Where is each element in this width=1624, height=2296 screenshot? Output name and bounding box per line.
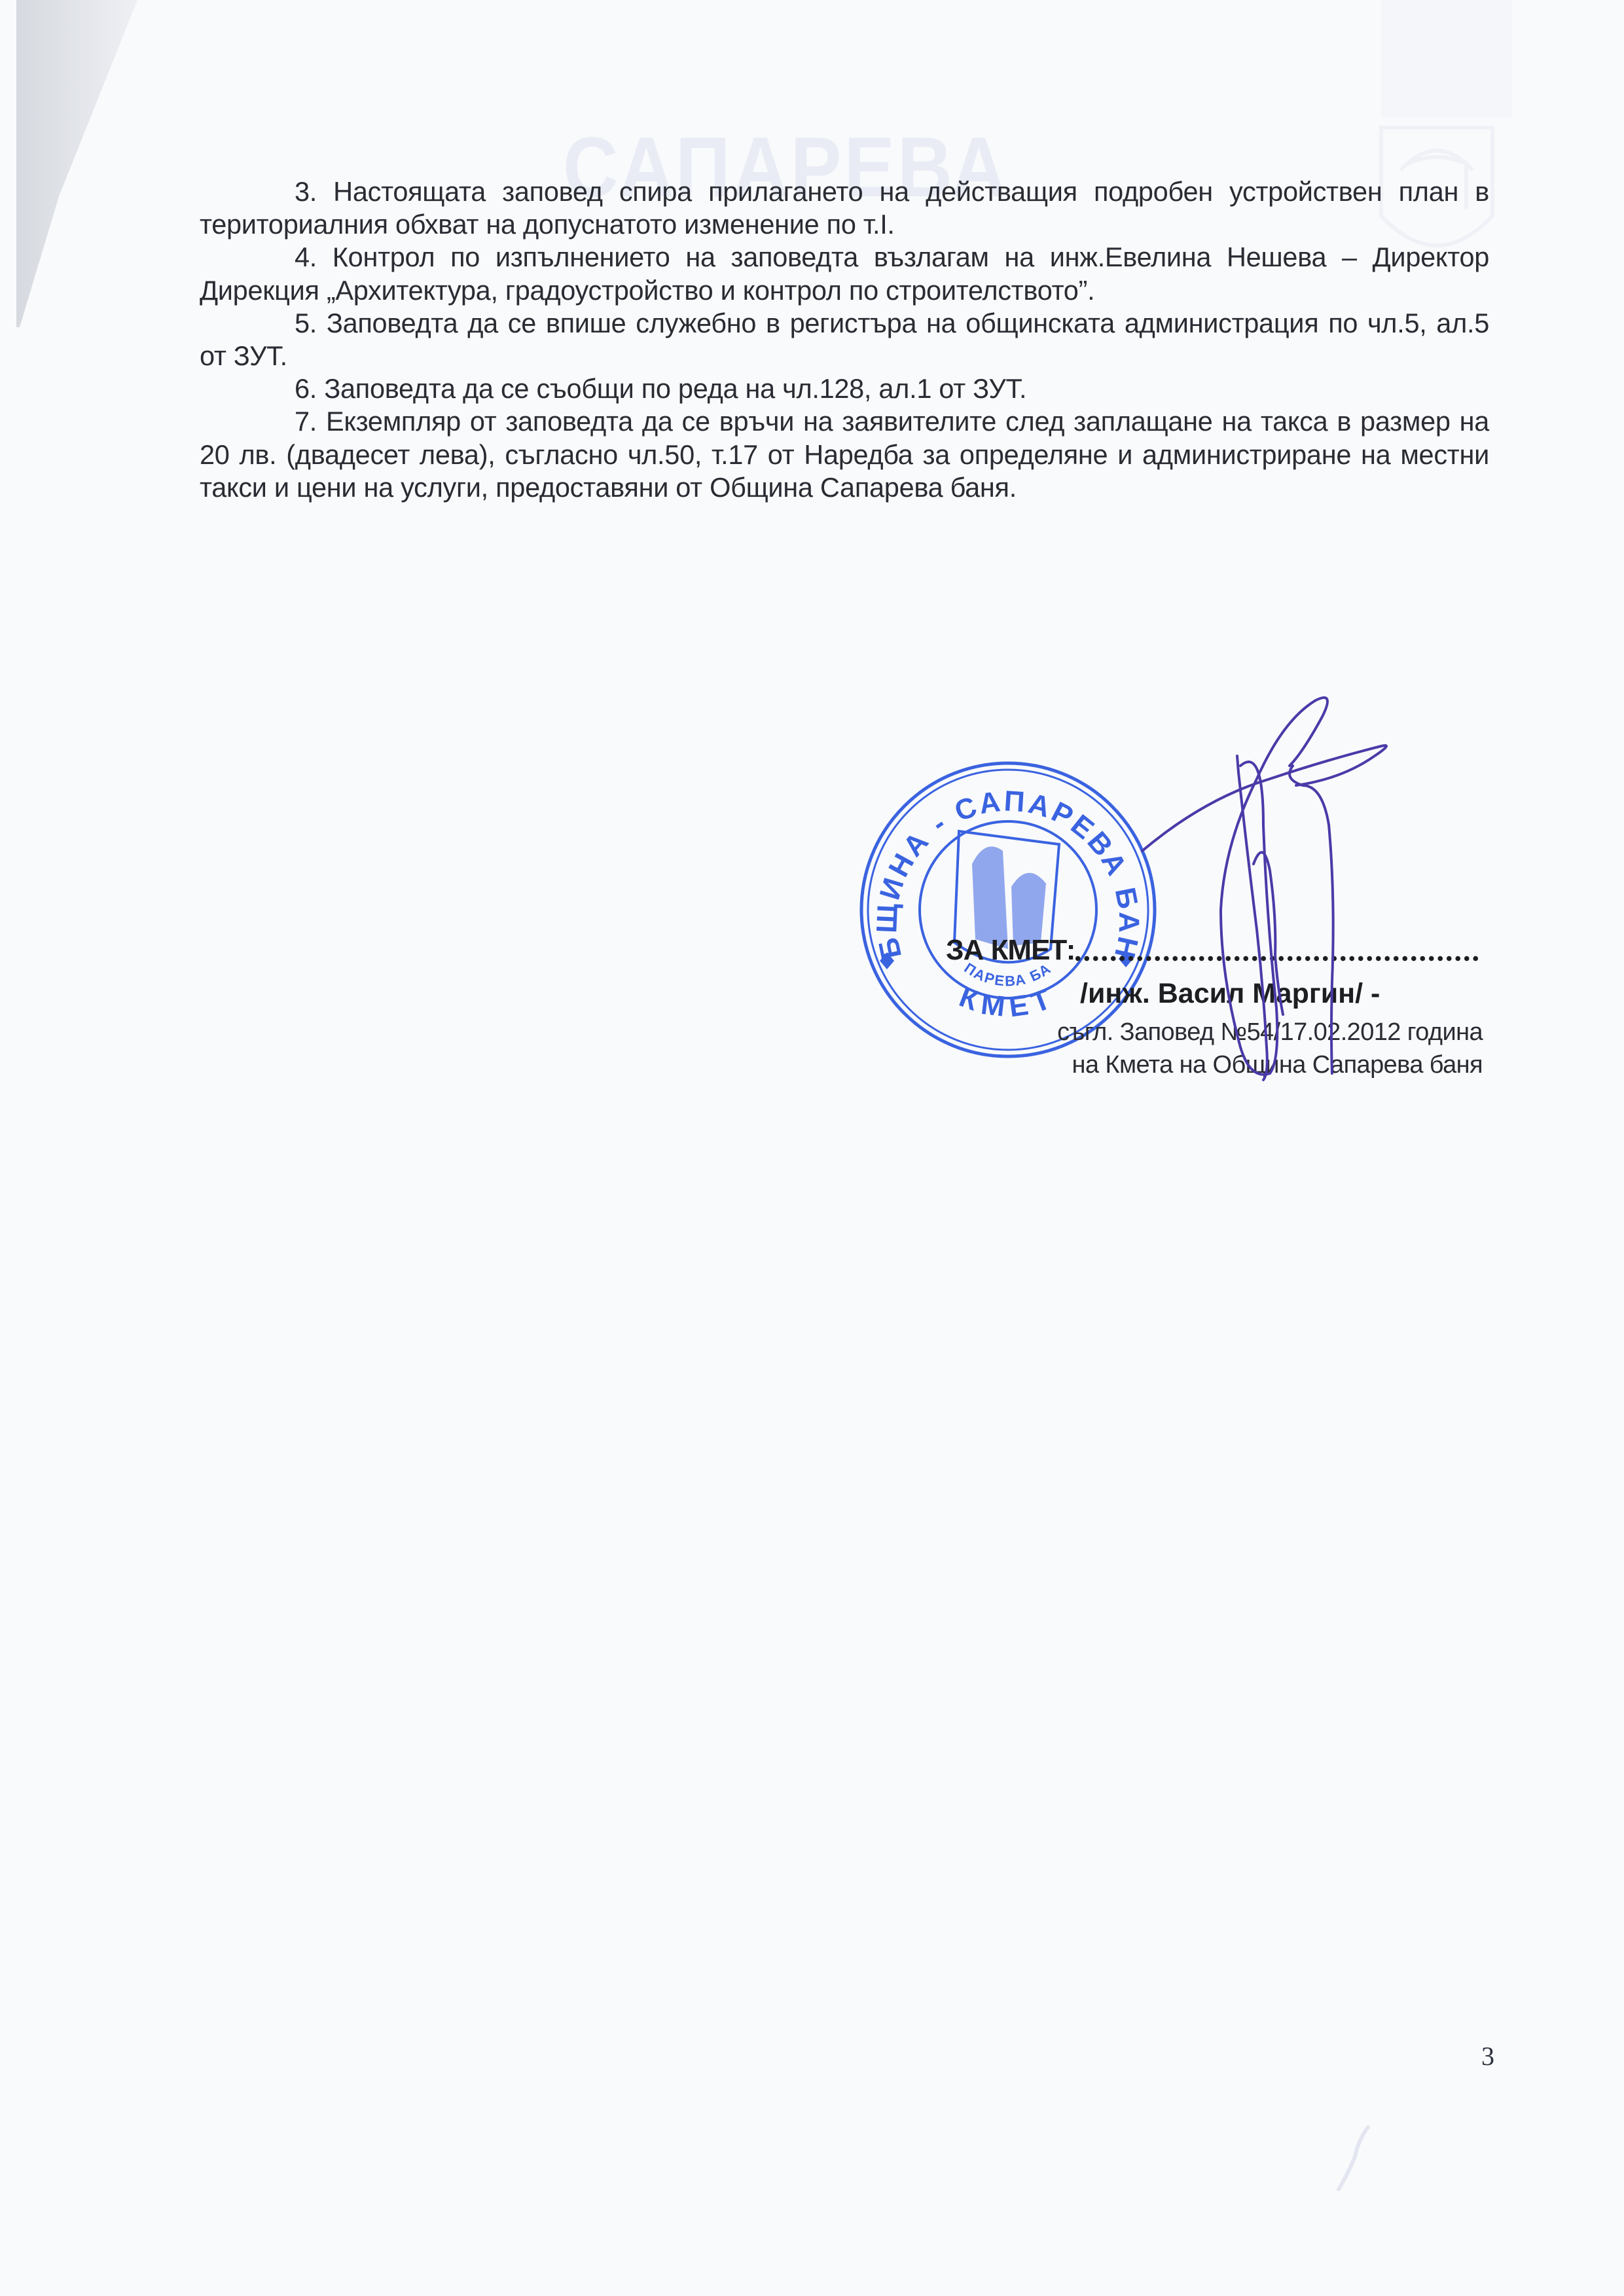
page-number: 3 xyxy=(1481,2041,1494,2072)
paragraph-5: 5. Заповедта да се впише служебно в реги… xyxy=(200,307,1489,372)
paragraph-3: 3. Настоящата заповед спира прилагането … xyxy=(200,175,1489,241)
handwritten-signature xyxy=(1106,681,1427,1106)
order-body: 3. Настоящата заповед спира прилагането … xyxy=(200,175,1489,504)
scan-artifact xyxy=(1329,2121,1375,2193)
paragraph-4: 4. Контрол по изпълнението на заповедта … xyxy=(200,241,1489,306)
scan-edge-shadow xyxy=(0,0,144,340)
paragraph-7: 7. Екземпляр от заповедта да се връчи на… xyxy=(200,405,1489,504)
paragraph-6: 6. Заповедта да се съобщи по реда на чл.… xyxy=(200,372,1489,405)
